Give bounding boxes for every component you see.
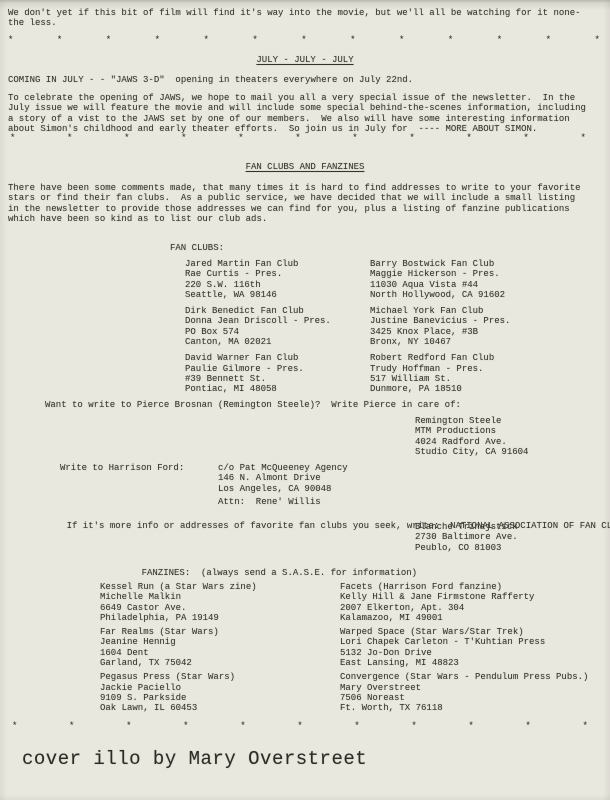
address-line: 5132 Jo-Don Drive bbox=[340, 648, 588, 658]
address-line: East Lansing, MI 48823 bbox=[340, 658, 588, 668]
address-line: North Hollywood, CA 91602 bbox=[370, 290, 510, 300]
address-line: Philadelphia, PA 19149 bbox=[100, 613, 340, 623]
fan-clubs-section-heading: FAN CLUBS AND FANZINES bbox=[0, 162, 610, 172]
address-line: 3425 Knox Place, #3B bbox=[370, 327, 510, 337]
address-line: Facets (Harrison Ford fanzine) bbox=[340, 582, 588, 592]
asterisk: * bbox=[124, 134, 129, 143]
ford-block: Write to Harrison Ford: c/o Pat McQueene… bbox=[60, 463, 348, 494]
address-line: Maggie Hickerson - Pres. bbox=[370, 269, 510, 279]
star-separator-bottom: *********** bbox=[12, 722, 588, 731]
asterisk: * bbox=[525, 722, 530, 731]
address-line: Far Realms (Star Wars) bbox=[100, 627, 340, 637]
asterisk: * bbox=[12, 722, 17, 731]
asterisk: * bbox=[126, 722, 131, 731]
address-line: Dirk Benedict Fan Club bbox=[185, 306, 370, 316]
address-line: Bronx, NY 10467 bbox=[370, 337, 510, 347]
fan-club-entry: David Warner Fan ClubPaulie Gilmore - Pr… bbox=[185, 353, 370, 394]
address-line: Paulie Gilmore - Pres. bbox=[185, 364, 370, 374]
address-line: Mary Overstreet bbox=[340, 683, 588, 693]
address-line: 2007 Elkerton, Apt. 304 bbox=[340, 603, 588, 613]
asterisk: * bbox=[523, 134, 528, 143]
asterisk: * bbox=[354, 722, 359, 731]
address-line: Michelle Malkin bbox=[100, 592, 340, 602]
asterisk: * bbox=[183, 722, 188, 731]
fan-club-grid: Jared Martin Fan ClubRae Curtis - Pres.2… bbox=[185, 259, 510, 395]
address-line: 220 S.W. 116th bbox=[185, 280, 370, 290]
address-line: PO Box 574 bbox=[185, 327, 370, 337]
address-line: Michael York Fan Club bbox=[370, 306, 510, 316]
address-line: Kalamazoo, MI 49001 bbox=[340, 613, 588, 623]
asterisk: * bbox=[57, 36, 62, 45]
asterisk: * bbox=[546, 36, 551, 45]
fan-clubs-label: FAN CLUBS: bbox=[170, 243, 224, 253]
asterisk: * bbox=[411, 722, 416, 731]
asterisk: * bbox=[468, 722, 473, 731]
asterisk: * bbox=[409, 134, 414, 143]
july-section-heading: JULY - JULY - JULY bbox=[0, 55, 610, 65]
address-line: Pontiac, MI 48058 bbox=[185, 384, 370, 394]
asterisk: * bbox=[497, 36, 502, 45]
asterisk: * bbox=[595, 36, 600, 45]
asterisk: * bbox=[582, 722, 587, 731]
star-separator-middle: *********** bbox=[10, 134, 586, 143]
asterisk: * bbox=[240, 722, 245, 731]
asterisk: * bbox=[448, 36, 453, 45]
asterisk: * bbox=[106, 36, 111, 45]
fanzine-entry: Convergence (Star Wars - Pendulum Press … bbox=[340, 672, 588, 713]
asterisk: * bbox=[399, 36, 404, 45]
asterisk: * bbox=[352, 134, 357, 143]
address-line: Garland, TX 75042 bbox=[100, 658, 340, 668]
fan-clubs-paragraph: There have been some comments made, that… bbox=[8, 183, 581, 224]
fan-club-entry: Dirk Benedict Fan ClubDonna Jean Driscol… bbox=[185, 306, 370, 347]
address-line: 6649 Castor Ave. bbox=[100, 603, 340, 613]
fanzine-entry: Pegasus Press (Star Wars)Jackie Paciello… bbox=[100, 672, 340, 713]
address-line: Ft. Worth, TX 76118 bbox=[340, 703, 588, 713]
address-line: Oak Lawn, IL 60453 bbox=[100, 703, 340, 713]
coming-in-july-line: COMING IN JULY - - "JAWS 3-D" opening in… bbox=[8, 75, 413, 85]
brosnan-line: Want to write to Pierce Brosnan (Remingt… bbox=[45, 400, 461, 410]
asterisk: * bbox=[238, 134, 243, 143]
asterisk: * bbox=[69, 722, 74, 731]
address-line: Warped Space (Star Wars/Star Trek) bbox=[340, 627, 588, 637]
nafc-line-text: If it's more info or addresses of favori… bbox=[67, 521, 450, 531]
asterisk: * bbox=[466, 134, 471, 143]
fanzine-grid: Kessel Run (a Star Wars zine)Michelle Ma… bbox=[100, 582, 588, 714]
address-line: David Warner Fan Club bbox=[185, 353, 370, 363]
ford-address: c/o Pat McQueeney Agency 146 N. Almont D… bbox=[218, 463, 348, 494]
fanzine-entry: Warped Space (Star Wars/Star Trek)Lori C… bbox=[340, 627, 588, 668]
brosnan-address: Remington Steele MTM Productions 4024 Ra… bbox=[415, 416, 528, 457]
fan-club-entry: Barry Bostwick Fan ClubMaggie Hickerson … bbox=[370, 259, 510, 300]
address-line: Trudy Hoffman - Pres. bbox=[370, 364, 510, 374]
asterisk: * bbox=[181, 134, 186, 143]
asterisk: * bbox=[301, 36, 306, 45]
address-line: Lori Chapek Carleton - T'Kuhtian Press bbox=[340, 637, 588, 647]
asterisk: * bbox=[252, 36, 257, 45]
asterisk: * bbox=[297, 722, 302, 731]
address-line: Jackie Paciello bbox=[100, 683, 340, 693]
address-line: Justine Banevicius - Pres. bbox=[370, 316, 510, 326]
asterisk: * bbox=[204, 36, 209, 45]
asterisk: * bbox=[67, 134, 72, 143]
address-line: Canton, MA 02021 bbox=[185, 337, 370, 347]
address-line: Rae Curtis - Pres. bbox=[185, 269, 370, 279]
address-line: Seattle, WA 98146 bbox=[185, 290, 370, 300]
intro-paragraph: We don't yet if this bit of film will fi… bbox=[8, 8, 581, 29]
nafc-line: If it's more info or addresses of favori… bbox=[45, 511, 610, 542]
address-line: 7506 Noreast bbox=[340, 693, 588, 703]
asterisk: * bbox=[580, 134, 585, 143]
fan-club-entry: Michael York Fan ClubJustine Banevicius … bbox=[370, 306, 510, 347]
fan-club-entry: Jared Martin Fan ClubRae Curtis - Pres.2… bbox=[185, 259, 370, 300]
address-line: Pegasus Press (Star Wars) bbox=[100, 672, 340, 682]
fanzine-entry: Facets (Harrison Ford fanzine)Kelly Hill… bbox=[340, 582, 588, 623]
asterisk: * bbox=[10, 134, 15, 143]
address-line: Jared Martin Fan Club bbox=[185, 259, 370, 269]
address-line: #39 Bennett St. bbox=[185, 374, 370, 384]
address-line: Jeanine Hennig bbox=[100, 637, 340, 647]
fan-club-entry: Robert Redford Fan ClubTrudy Hoffman - P… bbox=[370, 353, 510, 394]
ford-label: Write to Harrison Ford: bbox=[60, 463, 218, 494]
cover-credit: cover illo by Mary Overstreet bbox=[22, 748, 367, 770]
fanzines-label-note: (always send a S.A.S.E. for information) bbox=[201, 568, 417, 578]
star-separator-top: ************* bbox=[8, 36, 600, 45]
address-line: 9109 S. Parkside bbox=[100, 693, 340, 703]
address-line: Kessel Run (a Star Wars zine) bbox=[100, 582, 340, 592]
fanzine-entry: Kessel Run (a Star Wars zine)Michelle Ma… bbox=[100, 582, 340, 623]
fanzine-entry: Far Realms (Star Wars)Jeanine Hennig1604… bbox=[100, 627, 340, 668]
address-line: Barry Bostwick Fan Club bbox=[370, 259, 510, 269]
asterisk: * bbox=[155, 36, 160, 45]
nafc-address: Blanche Trinajstick 2730 Baltimore Ave. … bbox=[415, 522, 518, 553]
address-line: Convergence (Star Wars - Pendulum Press … bbox=[340, 672, 588, 682]
july-paragraph: To celebrate the opening of JAWS, we hop… bbox=[8, 93, 586, 134]
address-line: 1604 Dent bbox=[100, 648, 340, 658]
asterisk: * bbox=[8, 36, 13, 45]
address-line: 11030 Aqua Vista #44 bbox=[370, 280, 510, 290]
address-line: Donna Jean Driscoll - Pres. bbox=[185, 316, 370, 326]
address-line: 517 William St. bbox=[370, 374, 510, 384]
asterisk: * bbox=[295, 134, 300, 143]
ford-attn-line: Attn: Rene' Willis bbox=[218, 497, 321, 507]
newsletter-page: We don't yet if this bit of film will fi… bbox=[0, 0, 610, 800]
fanzines-label: FANZINES: bbox=[142, 568, 191, 578]
address-line: Robert Redford Fan Club bbox=[370, 353, 510, 363]
address-line: Kelly Hill & Jane Firmstone Rafferty bbox=[340, 592, 588, 602]
asterisk: * bbox=[350, 36, 355, 45]
address-line: Dunmore, PA 18510 bbox=[370, 384, 510, 394]
